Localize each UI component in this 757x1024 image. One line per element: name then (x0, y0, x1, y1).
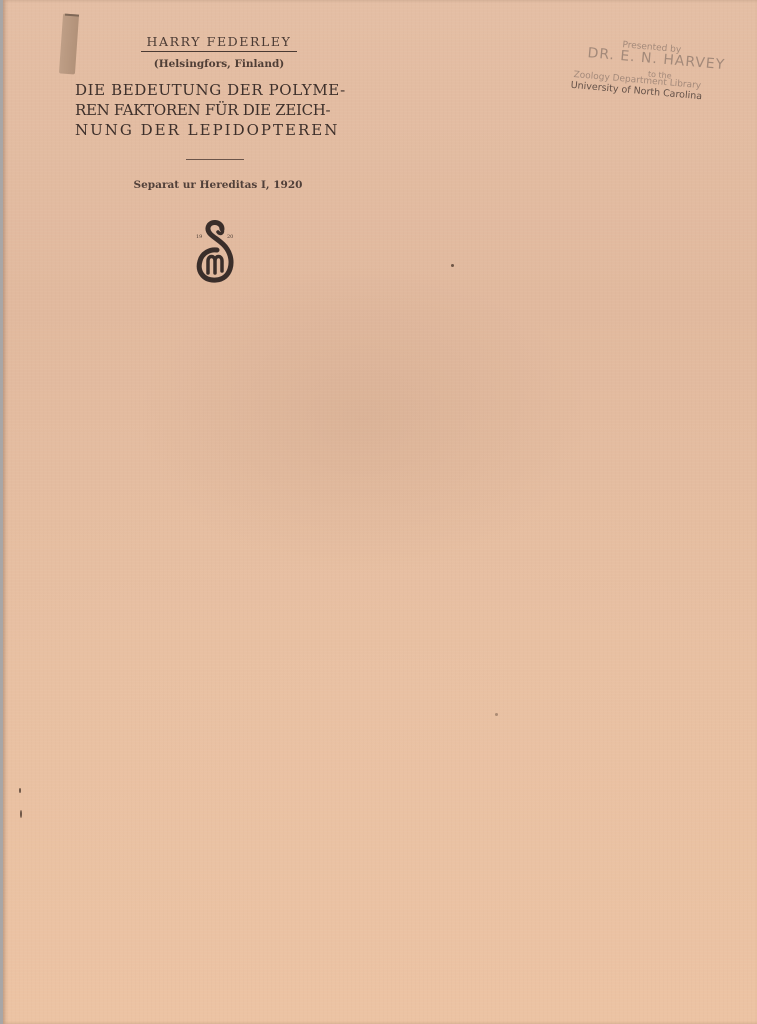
title-line-1: DIE BEDEUTUNG DER POLYME- (75, 80, 365, 100)
divider-rule (186, 159, 244, 160)
author-affiliation: (Helsingfors, Finland) (141, 58, 297, 70)
paper-speck (451, 264, 454, 267)
library-stamp: Presented by DR. E. N. HARVEY to the Zoo… (568, 36, 734, 130)
author-name: HARRY FEDERLEY (141, 34, 297, 52)
source-citation: Separat ur Hereditas I, 1920 (113, 179, 323, 191)
tape-residue (59, 14, 79, 75)
document-page: HARRY FEDERLEY (Helsingfors, Finland) DI… (3, 0, 757, 1024)
document-title: DIE BEDEUTUNG DER POLYME- REN FAKTOREN F… (75, 80, 365, 140)
paper-speck (19, 788, 21, 793)
svg-text:19: 19 (196, 234, 202, 240)
title-line-3: NUNG DER LEPIDOPTEREN (75, 120, 365, 140)
paper-speck (20, 810, 22, 818)
title-line-2: REN FAKTOREN FÜR DIE ZEICH- (75, 100, 365, 120)
paper-speck (495, 713, 498, 716)
svg-text:20: 20 (227, 234, 233, 240)
publisher-monogram-icon: 19 20 (191, 217, 241, 285)
